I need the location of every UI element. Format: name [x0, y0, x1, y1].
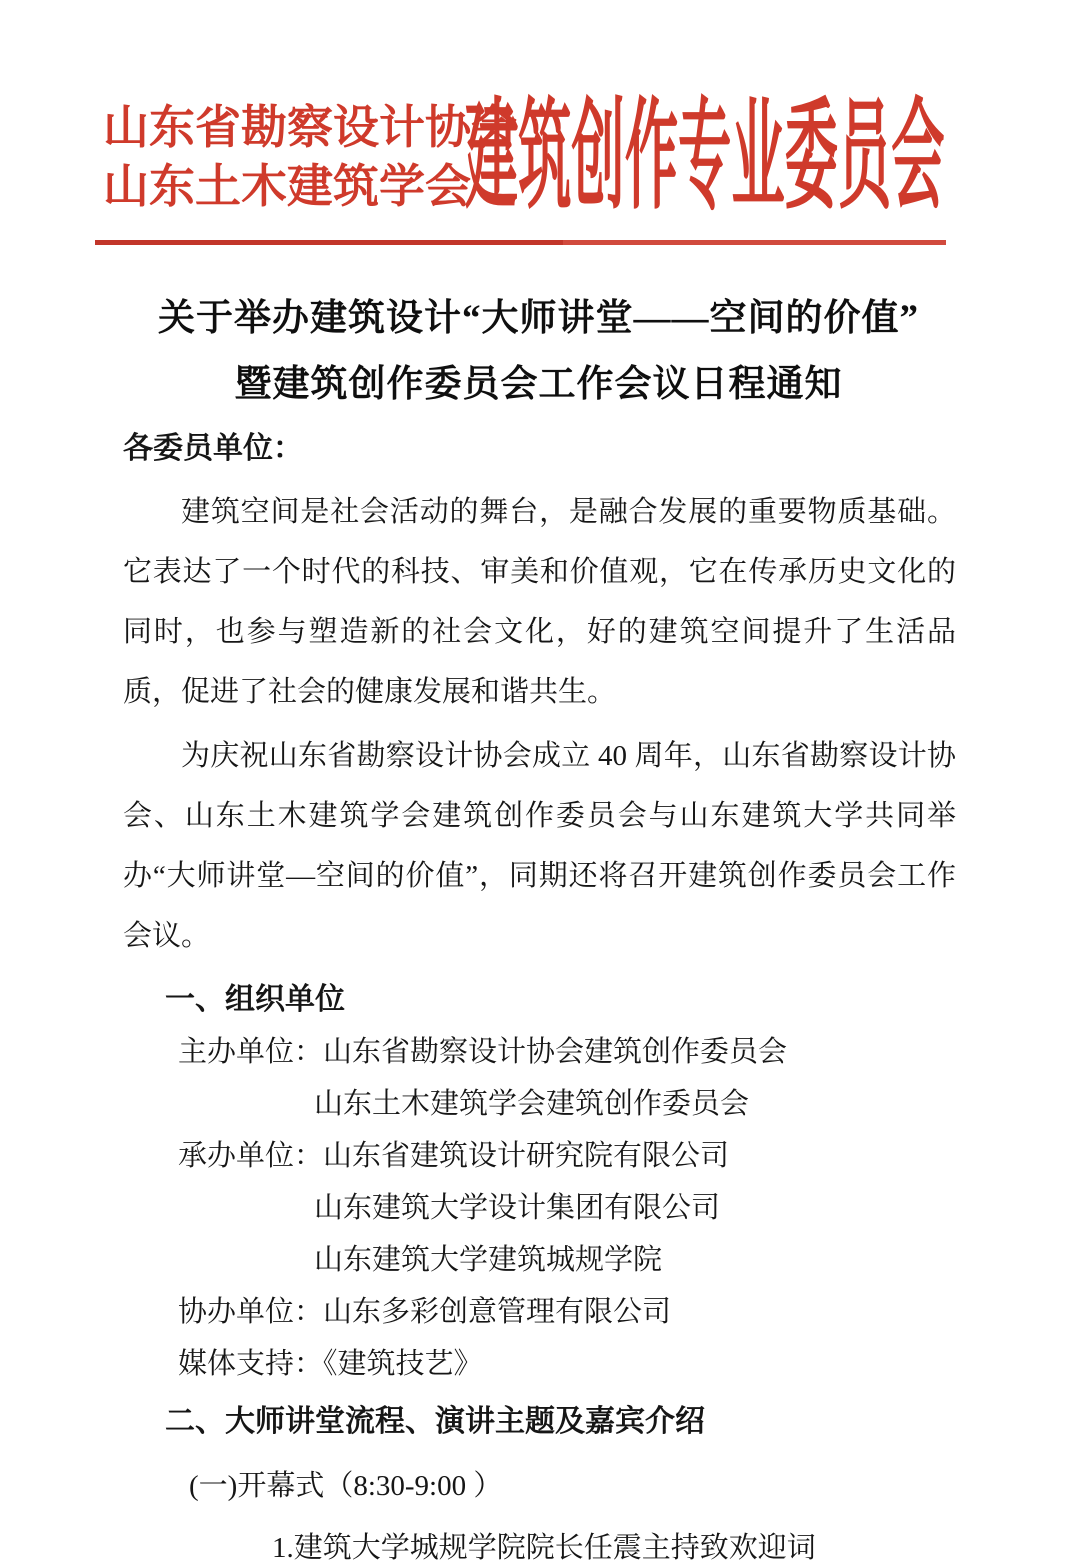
schedule-item-1: 1.建筑大学城规学院院长任震主持致欢迎词 — [272, 1522, 956, 1568]
org-host-line-2: 山东土木建筑学会建筑创作委员会 — [314, 1078, 956, 1130]
document-page: 山东省勘察设计协会 山东土木建筑学会 建筑创作专业委员会 关于举办建筑设计“大师… — [0, 0, 1077, 1568]
letterhead-org-line-2: 山东土木建筑学会 — [103, 157, 465, 216]
section-1-heading: 一、组织单位 — [165, 974, 956, 1026]
document-title-line-1: 关于举办建筑设计“大师讲堂——空间的价值” — [0, 286, 1077, 352]
section-2-heading: 二、大师讲堂流程、演讲主题及嘉宾介绍 — [165, 1396, 956, 1448]
org-undertaker-line: 承办单位：山东省建筑设计研究院有限公司 — [178, 1130, 956, 1182]
salutation: 各委员单位： — [123, 424, 956, 482]
letterhead-org-names: 山东省勘察设计协会 山东土木建筑学会 — [103, 98, 465, 216]
letterhead-divider-rule — [95, 240, 946, 245]
letterhead-org-line-1: 山东省勘察设计协会 — [103, 98, 465, 157]
org-undertaker-line-3: 山东建筑大学建筑城规学院 — [314, 1234, 956, 1286]
body-paragraph-1: 建筑空间是社会活动的舞台，是融合发展的重要物质基础。它表达了一个时代的科技、审美… — [123, 482, 956, 722]
org-media-support-line: 媒体支持：《建筑技艺》 — [178, 1338, 956, 1390]
org-host-line: 主办单位：山东省勘察设计协会建筑创作委员会 — [178, 1026, 956, 1078]
letterhead: 山东省勘察设计协会 山东土木建筑学会 建筑创作专业委员会 — [103, 93, 953, 225]
body-paragraph-2: 为庆祝山东省勘察设计协会成立 40 周年，山东省勘察设计协会、山东土木建筑学会建… — [123, 726, 956, 966]
organization-list: 主办单位：山东省勘察设计协会建筑创作委员会 山东土木建筑学会建筑创作委员会 承办… — [123, 1026, 956, 1390]
org-undertaker-line-2: 山东建筑大学设计集团有限公司 — [314, 1182, 956, 1234]
document-title: 关于举办建筑设计“大师讲堂——空间的价值” 暨建筑创作委员会工作会议日程通知 — [0, 286, 1077, 418]
letterhead-committee-name: 建筑创作专业委员会 — [465, 93, 945, 221]
document-title-line-2: 暨建筑创作委员会工作会议日程通知 — [0, 352, 1077, 418]
document-body: 各委员单位： 建筑空间是社会活动的舞台，是融合发展的重要物质基础。它表达了一个时… — [123, 424, 956, 1568]
org-coorganizer-line: 协办单位：山东多彩创意管理有限公司 — [178, 1286, 956, 1338]
schedule-subheading-opening-ceremony: (一)开幕式（8:30-9:00 ） — [189, 1460, 956, 1512]
